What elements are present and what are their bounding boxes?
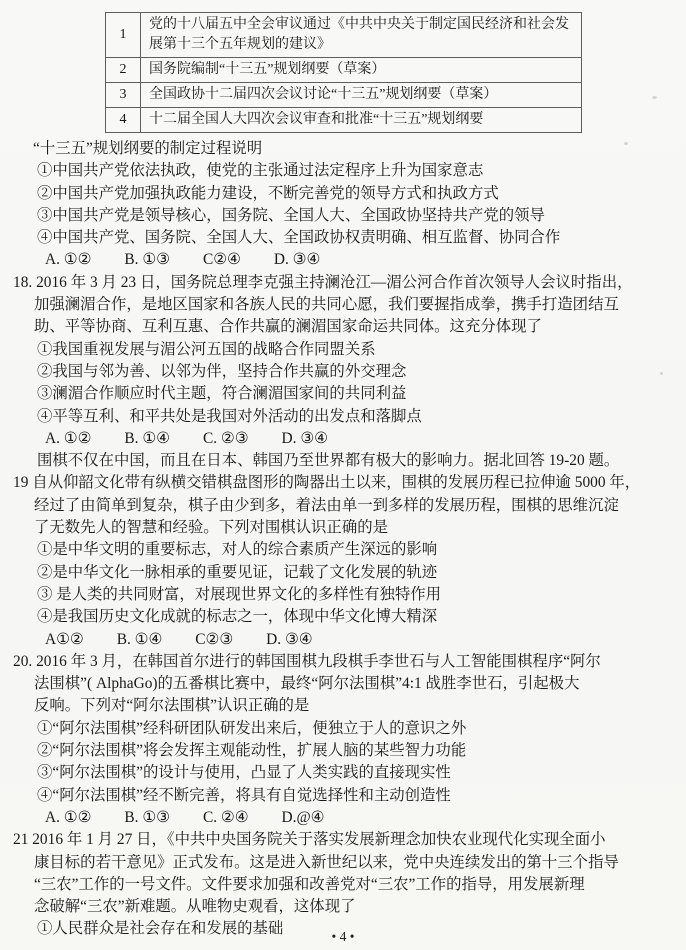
- q20-item-2: ②“阿尔法围棋”将会发挥主观能动性，扩展人脑的某些智力功能: [0, 740, 686, 762]
- q21-stem-line-3: “三农”工作的一号文件。文件要求加强和改善党对“三农”工作的指导，用发展新理: [0, 874, 686, 896]
- scan-speck: [624, 142, 628, 145]
- step-event-cell: 国务院编制“十三五”规划纲要（草案）: [141, 58, 582, 83]
- exam-page: 1 党的十八届五中全会审议通过《中共中央关于制定国民经济和社会发展第十三个五年规…: [0, 0, 686, 950]
- q19-item-3: ③ 是人类的共同财富，对展现世界文化的多样性有独特作用: [0, 584, 686, 606]
- q19-stem-line-1: 19 自从仰韶文化带有纵横交错棋盘图形的陶器出土以来，围棋的发展历程已拉伸逾 5…: [0, 472, 686, 494]
- question-17: “十三五”规划纲要的制定过程说明 ①中国共产党依法执政，使党的主张通过法定程序上…: [0, 138, 686, 272]
- q20-item-1: ①“阿尔法围棋”经科研团队研发出来后，便独立于人的意识之外: [0, 718, 686, 740]
- table-row: 3 全国政协十二届四次会议讨论“十三五”规划纲要（草案）: [106, 83, 582, 108]
- q20-choice-d: D.@④: [282, 807, 325, 829]
- q19-item-1: ①是中华文明的重要标志，对人的综合素质产生深远的影响: [0, 539, 686, 561]
- step-event-cell: 党的十八届五中全会审议通过《中共中央关于制定国民经济和社会发展第十三个五年规划的…: [141, 13, 582, 58]
- q18-stem-line-3: 助、平等协商、互利互惠、合作共赢的澜湄国家命运共同体。这充分体现了: [0, 316, 686, 338]
- plan-process-table: 1 党的十八届五中全会审议通过《中共中央关于制定国民经济和社会发展第十三个五年规…: [105, 12, 582, 133]
- scan-speck: [660, 372, 663, 375]
- q20-item-3: ③“阿尔法围棋”的设计与使用，凸显了人类实践的直接现实性: [0, 762, 686, 784]
- q19-choice-d: D. ③④: [266, 629, 312, 651]
- q19-stem-line-3: 了无数先人的智慧和经验。下列对围棋认识正确的是: [0, 517, 686, 539]
- question-18: 18. 2016 年 3 月 23 日，国务院总理李克强主持澜沧江—湄公河合作首…: [0, 272, 686, 450]
- q20-stem-line-1: 20. 2016 年 3 月，在韩国首尔进行的韩国围棋九段棋手李世石与人工智能围…: [0, 651, 686, 673]
- q21-stem-line-2: 康目标的若干意见》正式发布。这是进入新世纪以来，党中央连续发出的第十三个指导: [0, 852, 686, 874]
- page-number: • 4 •: [0, 929, 686, 945]
- q17-item-2: ②中国共产党加强执政能力建设，不断完善党的领导方式和执政方式: [0, 183, 686, 205]
- table-row: 1 党的十八届五中全会审议通过《中共中央关于制定国民经济和社会发展第十三个五年规…: [106, 13, 582, 58]
- q19-stem-line-2: 经过了由简单到复杂，棋子由少到多，着法由单一到多样的发展历程，围棋的思维沉淀: [0, 495, 686, 517]
- q19-choice-a: A①②: [45, 629, 84, 651]
- q21-stem-line-4: 念破解“三农”新难题。从唯物史观看，这体现了: [0, 896, 686, 918]
- question-20: 20. 2016 年 3 月，在韩国首尔进行的韩国围棋九段棋手李世石与人工智能围…: [0, 651, 686, 829]
- step-event-cell: 十二届全国人大四次会议审查和批准“十三五”规划纲要: [141, 108, 582, 133]
- question-21: 21 2016 年 1 月 27 日，《中共中央国务院关于落实发展新理念加快农业…: [0, 829, 686, 940]
- q18-stem-line-1: 18. 2016 年 3 月 23 日，国务院总理李克强主持澜沧江—湄公河合作首…: [0, 272, 686, 294]
- q19-choice-c: C②③: [195, 629, 233, 651]
- q17-choice-b: B. ①③: [124, 249, 170, 271]
- table-row: 2 国务院编制“十三五”规划纲要（草案）: [106, 58, 582, 83]
- q17-stem: “十三五”规划纲要的制定过程说明: [0, 138, 686, 160]
- q20-stem-line-3: 反响。下列对“阿尔法围棋”认识正确的是: [0, 695, 686, 717]
- q20-choice-c: C. ②④: [203, 807, 249, 829]
- q19-choice-b: B. ①④: [117, 629, 163, 651]
- q18-stem-line-2: 加强澜湄合作，是地区国家和各族人民的共同心愿，我们要握指成拳，携手打造团结互: [0, 294, 686, 316]
- q19-choices: A①② B. ①④ C②③ D. ③④: [0, 629, 686, 651]
- step-number-cell: 1: [106, 13, 141, 58]
- q20-choice-b: B. ①③: [124, 807, 170, 829]
- q18-choices: A. ①② B. ①④ C. ②③ D. ③④: [0, 428, 686, 450]
- q20-stem-line-2: 法围棋”( AlphaGo)的五番棋比赛中，最终“阿尔法围棋”4:1 战胜李世石…: [0, 673, 686, 695]
- q17-choice-a: A. ①②: [45, 249, 91, 271]
- q18-item-2: ②我国与邻为善、以邻为伴，坚持合作共赢的外交理念: [0, 361, 686, 383]
- q21-stem-line-1: 21 2016 年 1 月 27 日，《中共中央国务院关于落实发展新理念加快农业…: [0, 829, 686, 851]
- q17-choices: A. ①② B. ①③ C②④ D. ③④: [0, 249, 686, 271]
- q17-item-3: ③中国共产党是领导核心，国务院、全国人大、全国政协坚持共产党的领导: [0, 205, 686, 227]
- q17-choice-d: D. ③④: [274, 249, 320, 271]
- leadin-19-20: 围棋不仅在中国，而且在日本、韩国乃至世界都有极大的影响力。据北回答 19-20 …: [0, 450, 686, 472]
- q18-choice-d: D. ③④: [282, 428, 328, 450]
- step-event-cell: 全国政协十二届四次会议讨论“十三五”规划纲要（草案）: [141, 83, 582, 108]
- table-row: 4 十二届全国人大四次会议审查和批准“十三五”规划纲要: [106, 108, 582, 133]
- q19-item-2: ②是中华文化一脉相承的重要见证，记载了文化发展的轨迹: [0, 562, 686, 584]
- q18-item-4: ④平等互利、和平共处是我国对外活动的出发点和落脚点: [0, 406, 686, 428]
- q18-choice-c: C. ②③: [203, 428, 249, 450]
- q17-choice-c: C②④: [203, 249, 241, 271]
- q18-choice-b: B. ①④: [124, 428, 170, 450]
- q20-choice-a: A. ①②: [45, 807, 91, 829]
- step-number-cell: 2: [106, 58, 141, 83]
- q20-choices: A. ①② B. ①③ C. ②④ D.@④: [0, 807, 686, 829]
- q18-item-1: ①我国重视发展与湄公河五国的战略合作同盟关系: [0, 339, 686, 361]
- step-number-cell: 4: [106, 108, 141, 133]
- q18-choice-a: A. ①②: [45, 428, 91, 450]
- step-number-cell: 3: [106, 83, 141, 108]
- q19-item-4: ④是我国历史文化成就的标志之一，体现中华文化博大精深: [0, 606, 686, 628]
- question-19: 19 自从仰韶文化带有纵横交错棋盘图形的陶器出土以来，围棋的发展历程已拉伸逾 5…: [0, 472, 686, 650]
- q17-item-4: ④中国共产党、国务院、全国人大、全国政协权责明确、相互监督、协同合作: [0, 227, 686, 249]
- scan-speck: [652, 96, 657, 99]
- q20-item-4: ④“阿尔法围棋”经不断完善，将具有自觉选择性和主动创造性: [0, 785, 686, 807]
- q17-item-1: ①中国共产党依法执政，使党的主张通过法定程序上升为国家意志: [0, 160, 686, 182]
- q18-item-3: ③澜湄合作顺应时代主题，符合澜湄国家间的共同利益: [0, 383, 686, 405]
